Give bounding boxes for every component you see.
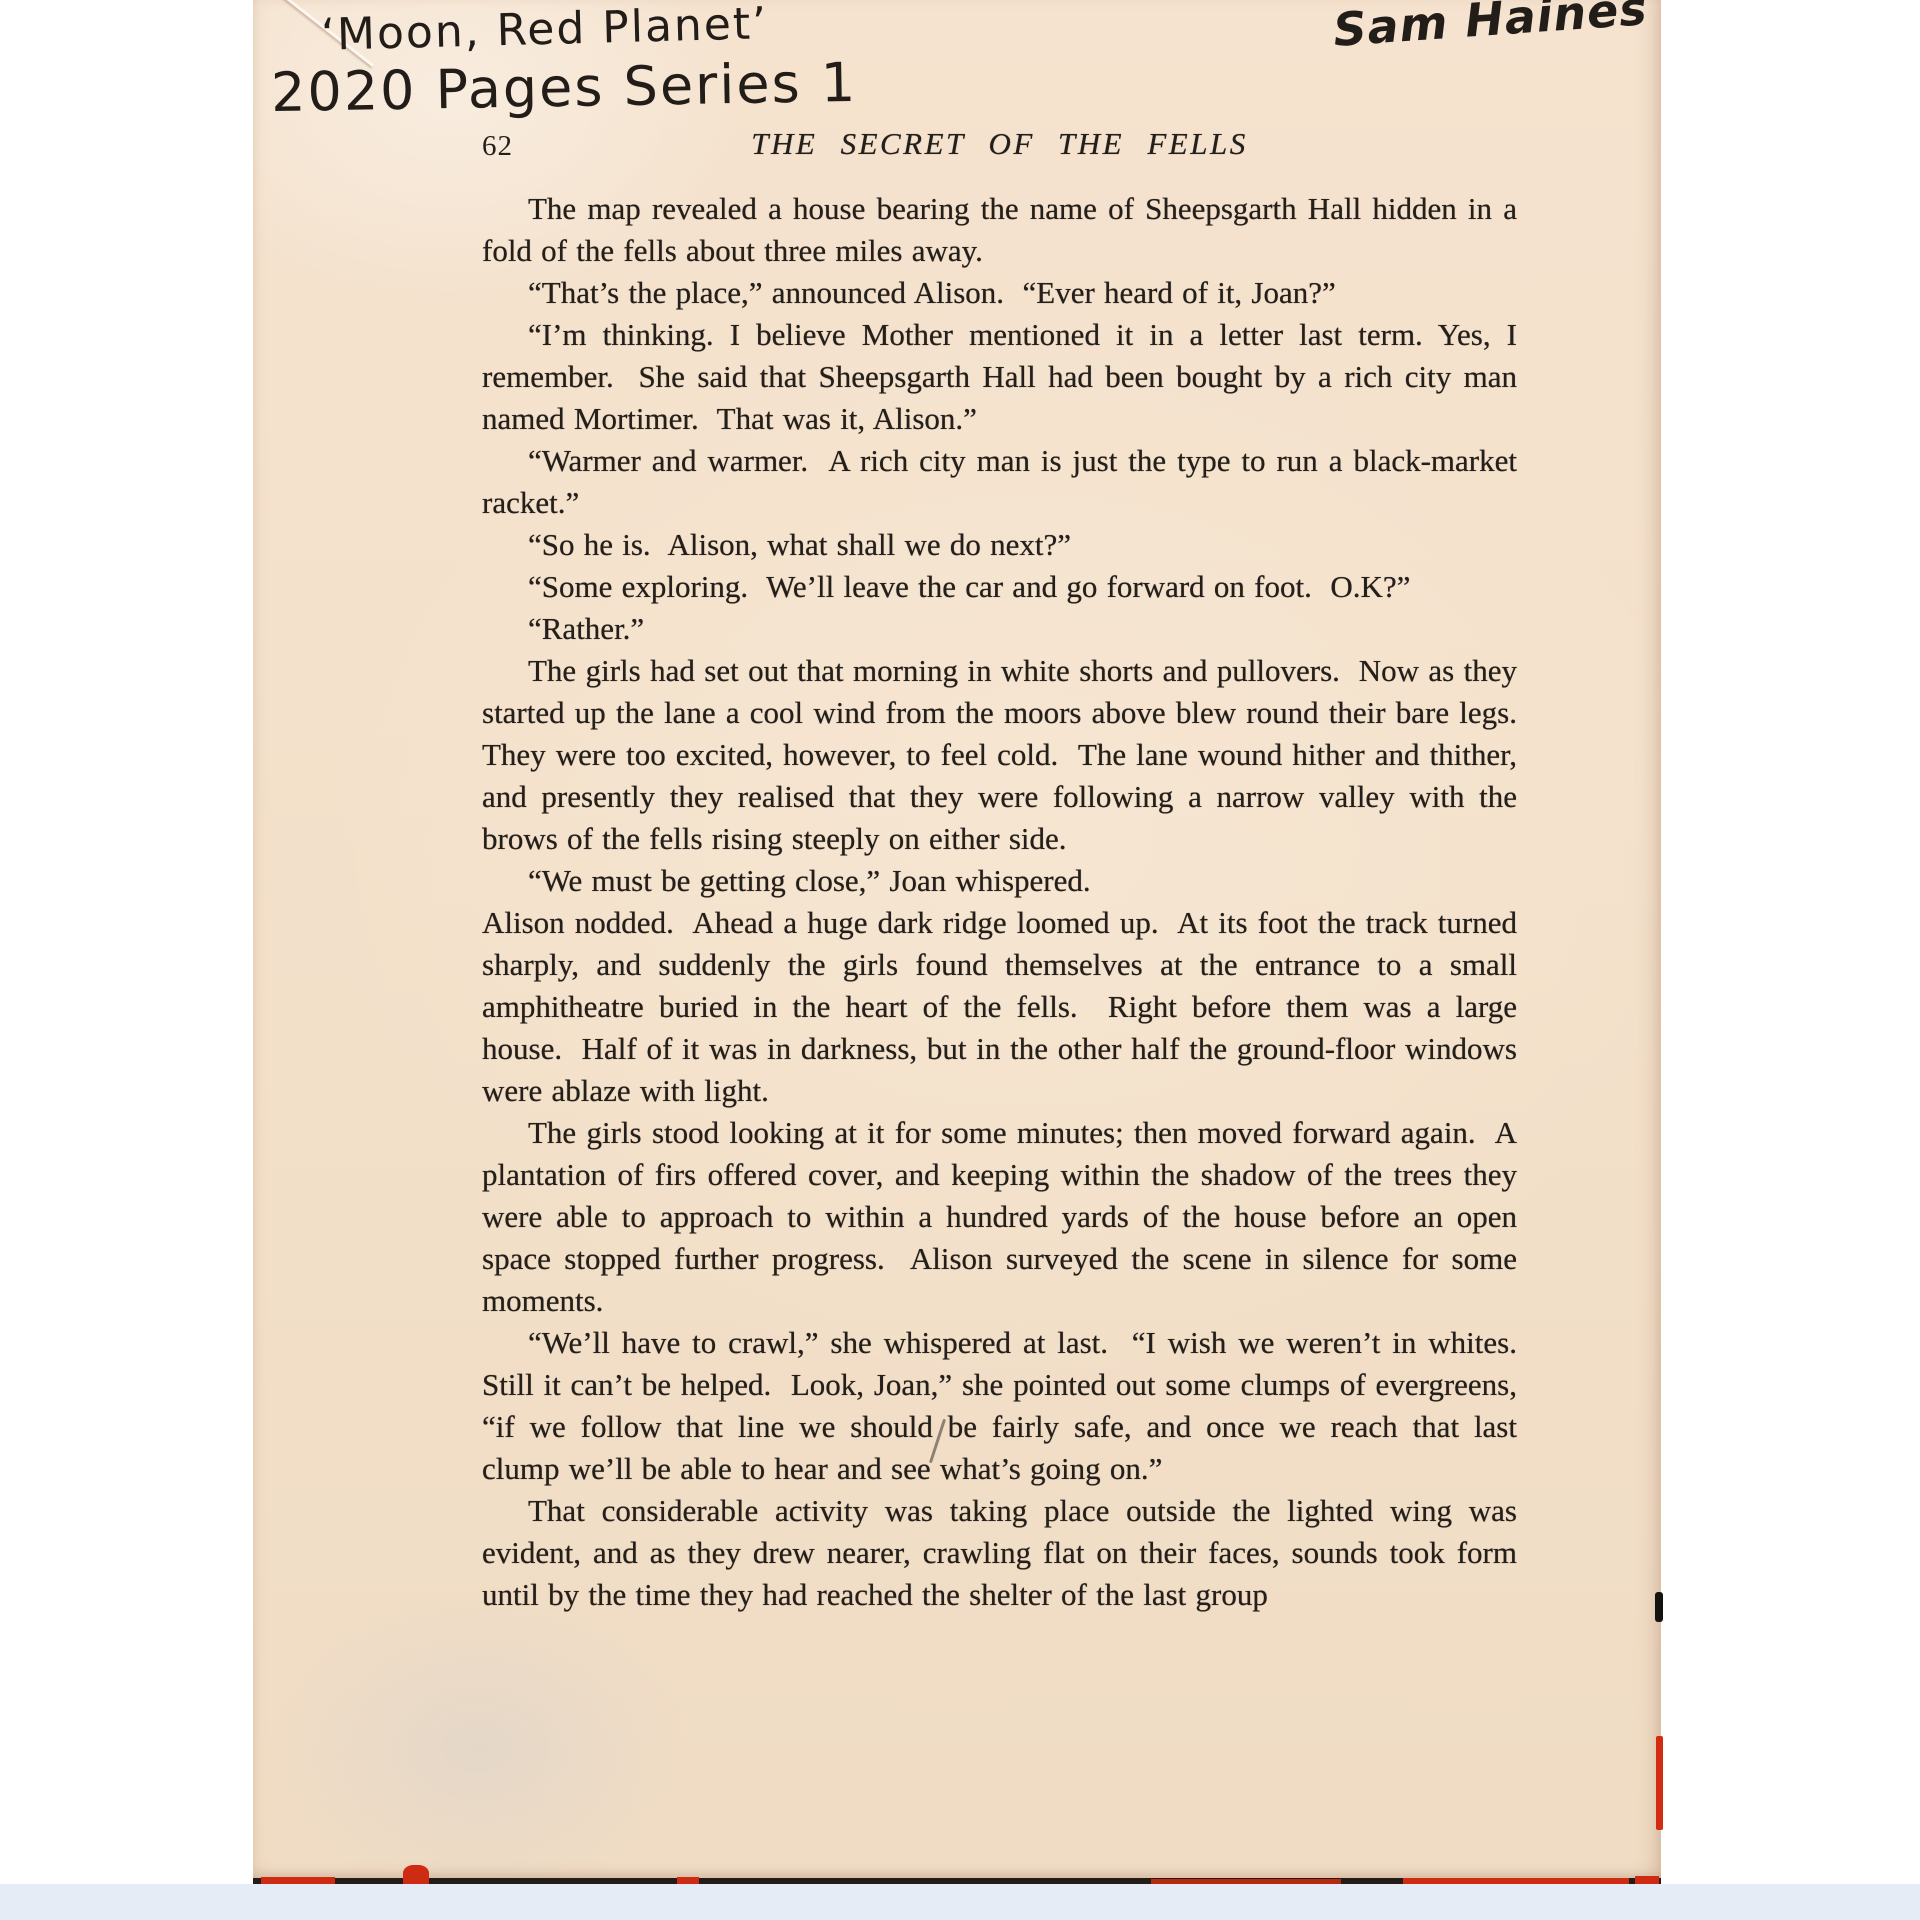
- paragraph: “That’s the place,” announced Alison. “E…: [482, 272, 1517, 314]
- paragraph: “Warmer and warmer. A rich city man is j…: [482, 440, 1517, 524]
- paragraph: “Rather.”: [482, 608, 1517, 650]
- red-bottom-mark: [403, 1865, 429, 1885]
- handwritten-title-quote: ‘Moon, Red Planet’: [320, 0, 768, 61]
- scan-background: ‘Moon, Red Planet’ 2020 Pages Series 1 S…: [0, 0, 1920, 1920]
- black-edge-mark: [1655, 1592, 1663, 1622]
- paragraph: “So he is. Alison, what shall we do next…: [482, 524, 1517, 566]
- red-edge-mark: [1656, 1736, 1663, 1830]
- handwritten-series-line: 2020 Pages Series 1: [270, 51, 857, 124]
- book-page: ‘Moon, Red Planet’ 2020 Pages Series 1 S…: [253, 0, 1661, 1885]
- paragraph: The map revealed a house bearing the nam…: [482, 188, 1517, 272]
- paragraph: The girls had set out that morning in wh…: [482, 650, 1517, 860]
- page-header: 62 THE SECRET OF THE FELLS: [482, 126, 1517, 170]
- body-text: The map revealed a house bearing the nam…: [482, 188, 1517, 1616]
- paragraph: “I’m thinking. I believe Mother mentione…: [482, 314, 1517, 440]
- paragraph: That considerable activity was taking pl…: [482, 1490, 1517, 1616]
- paragraph: “We’ll have to crawl,” she whispered at …: [482, 1322, 1517, 1490]
- paragraph: “We must be getting close,” Joan whisper…: [482, 860, 1517, 902]
- scanner-edge-strip: [0, 1884, 1920, 1920]
- handwritten-signature: Sam Haines: [1331, 0, 1649, 57]
- running-title: THE SECRET OF THE FELLS: [482, 126, 1517, 162]
- paragraph: The girls stood looking at it for some m…: [482, 1112, 1517, 1322]
- page-number: 62: [482, 130, 513, 163]
- paragraph: Alison nodded. Ahead a huge dark ridge l…: [482, 902, 1517, 1112]
- paragraph: “Some exploring. We’ll leave the car and…: [482, 566, 1517, 608]
